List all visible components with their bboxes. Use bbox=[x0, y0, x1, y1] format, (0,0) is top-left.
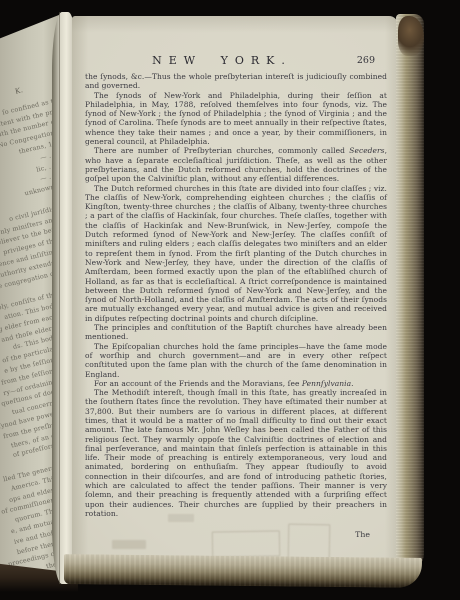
catchword: The bbox=[355, 530, 370, 539]
paragraph: The ſynods of New-York and Philadelphia,… bbox=[85, 91, 387, 147]
paragraph: the ſynods, &c.—Thus the whole preſbyter… bbox=[85, 72, 387, 91]
paragraph: For an account of the Friends and the Mo… bbox=[85, 379, 387, 388]
show-through-mark bbox=[288, 524, 331, 561]
fore-edge-page-stack bbox=[396, 14, 424, 570]
paragraph: The principles and conſtitution of the B… bbox=[85, 323, 387, 342]
fore-edge-corner-wear bbox=[398, 16, 424, 56]
page-text: the ſynods, &c.—Thus the whole preſbyter… bbox=[85, 72, 387, 518]
bottom-page-stack bbox=[64, 554, 422, 588]
left-page-text-fragment: K. bbox=[14, 86, 23, 96]
paragraph: The Epiſcopalian churches hold the ſame … bbox=[85, 342, 387, 379]
show-through-mark bbox=[112, 540, 146, 549]
page-number: 269 bbox=[357, 55, 375, 66]
paragraph: The Dutch reformed churches in this ſtat… bbox=[85, 184, 387, 323]
show-through-mark bbox=[168, 514, 194, 522]
book-page: NEW YORK. 269 the ſynods, &c.—Thus the w… bbox=[72, 16, 398, 566]
running-header-title: NEW YORK. bbox=[71, 54, 373, 67]
page-header: NEW YORK. 269 bbox=[85, 54, 387, 68]
paragraph: The Methodiſt intereſt, though ſmall in … bbox=[85, 388, 387, 518]
show-through-mark bbox=[212, 530, 280, 557]
book-scan: K.ſo confined as toſiſtent with the pree… bbox=[0, 0, 460, 600]
paragraph: There are number of Preſbyterian churche… bbox=[85, 146, 387, 183]
